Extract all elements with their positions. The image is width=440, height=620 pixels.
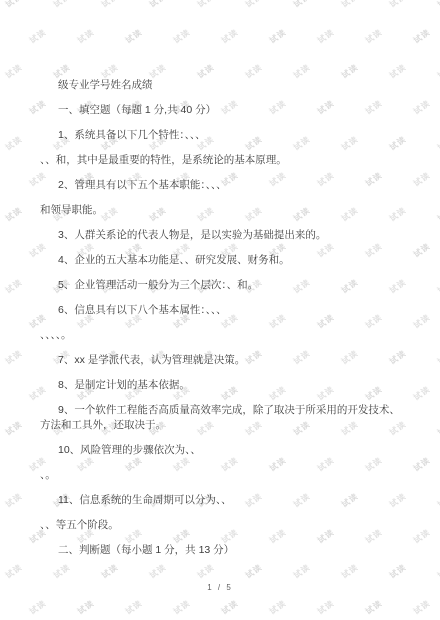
trial-read-watermark: 试读 — [243, 0, 264, 10]
trial-read-watermark: 试读 — [411, 170, 432, 189]
trial-read-watermark: 试读 — [219, 598, 240, 617]
trial-read-watermark: 试读 — [291, 0, 312, 10]
trial-read-watermark: 试读 — [411, 384, 432, 403]
trial-read-watermark: 试读 — [435, 134, 440, 153]
trial-read-watermark: 试读 — [435, 0, 440, 10]
document-line: 3、人群关系论的代表人物是，是以实验为基础提出来的。 — [40, 228, 404, 243]
document-line: 和领导职能。 — [40, 203, 404, 218]
trial-read-watermark: 试读 — [435, 277, 440, 296]
trial-read-watermark: 试读 — [411, 312, 432, 331]
trial-read-watermark: 试读 — [99, 0, 120, 10]
trial-read-watermark: 试读 — [411, 241, 432, 260]
trial-read-watermark: 试读 — [3, 419, 24, 438]
trial-read-watermark: 试读 — [435, 419, 440, 438]
document-line: 6、信息具有以下八个基本属性：、、、 — [40, 303, 404, 318]
trial-read-watermark: 试读 — [387, 0, 408, 10]
document-line: 、、和，其中是最重要的特性，是系统论的基本原理。 — [40, 153, 404, 168]
document-line: 一、填空题（每题 1 分,共 40 分） — [40, 103, 404, 118]
document-line: 1、系统具备以下几个特性：、、、 — [40, 128, 404, 143]
trial-read-watermark: 试读 — [411, 598, 432, 617]
trial-read-watermark: 试读 — [3, 491, 24, 510]
trial-read-watermark: 试读 — [171, 598, 192, 617]
trial-read-watermark: 试读 — [27, 27, 48, 46]
trial-read-watermark: 试读 — [123, 27, 144, 46]
trial-read-watermark: 试读 — [195, 0, 216, 10]
trial-read-watermark: 试读 — [75, 27, 96, 46]
trial-read-watermark: 试读 — [3, 0, 24, 10]
page-number: 1 / 5 — [0, 583, 440, 592]
document-line: 、、、、。 — [40, 328, 404, 343]
trial-read-watermark: 试读 — [267, 27, 288, 46]
document-line: 5、企业管理活动一般分为三个层次：、和。 — [40, 278, 404, 293]
trial-read-watermark: 试读 — [3, 134, 24, 153]
trial-read-watermark: 试读 — [315, 598, 336, 617]
document-line: 8、是制定计划的基本依据。 — [40, 378, 404, 393]
document-page: 试读试读试读试读试读试读试读试读试读试读试读试读试读试读试读试读试读试读试读试读… — [0, 0, 440, 620]
document-line: 11、信息系统的生命周期可以分为、、 — [40, 493, 404, 508]
document-line: 方法和工具外，还取决于。 — [40, 418, 404, 433]
trial-read-watermark: 试读 — [411, 27, 432, 46]
trial-read-watermark: 试读 — [435, 491, 440, 510]
trial-read-watermark: 试读 — [147, 0, 168, 10]
trial-read-watermark: 试读 — [3, 277, 24, 296]
trial-read-watermark: 试读 — [219, 27, 240, 46]
document-line: 2、管理具有以下五个基本职能：、、、 — [40, 178, 404, 193]
trial-read-watermark: 试读 — [435, 562, 440, 581]
trial-read-watermark: 试读 — [3, 348, 24, 367]
trial-read-watermark: 试读 — [267, 598, 288, 617]
trial-read-watermark: 试读 — [411, 455, 432, 474]
trial-read-watermark: 试读 — [435, 205, 440, 224]
trial-read-watermark: 试读 — [171, 27, 192, 46]
trial-read-watermark: 试读 — [411, 98, 432, 117]
trial-read-watermark: 试读 — [51, 0, 72, 10]
trial-read-watermark: 试读 — [411, 527, 432, 546]
document-line: 、、等五个阶段。 — [40, 518, 404, 533]
trial-read-watermark: 试读 — [75, 598, 96, 617]
document-content: 级专业学号姓名成绩一、填空题（每题 1 分,共 40 分）1、系统具备以下几个特… — [40, 78, 404, 568]
trial-read-watermark: 试读 — [435, 62, 440, 81]
document-line: 10、风险管理的步骤依次为、、 — [40, 443, 404, 458]
trial-read-watermark: 试读 — [363, 598, 384, 617]
document-line: 4、企业的五大基本功能是、、研究发展、财务和。 — [40, 253, 404, 268]
trial-read-watermark: 试读 — [3, 205, 24, 224]
trial-read-watermark: 试读 — [339, 0, 360, 10]
document-line: 9、一个软件工程能否高质量高效率完成，除了取决于所采用的开发技术、 — [40, 403, 404, 418]
document-line: 7、xx 是学派代表，认为管理就是决策。 — [40, 353, 404, 368]
document-line: 级专业学号姓名成绩 — [40, 78, 404, 93]
document-line: 、。 — [40, 468, 404, 483]
trial-read-watermark: 试读 — [315, 27, 336, 46]
document-line: 二、判断题（每小题 1 分，共 13 分） — [40, 543, 404, 558]
trial-read-watermark: 试读 — [3, 62, 24, 81]
trial-read-watermark: 试读 — [3, 562, 24, 581]
trial-read-watermark: 试读 — [363, 27, 384, 46]
trial-read-watermark: 试读 — [27, 598, 48, 617]
trial-read-watermark: 试读 — [435, 348, 440, 367]
trial-read-watermark: 试读 — [123, 598, 144, 617]
